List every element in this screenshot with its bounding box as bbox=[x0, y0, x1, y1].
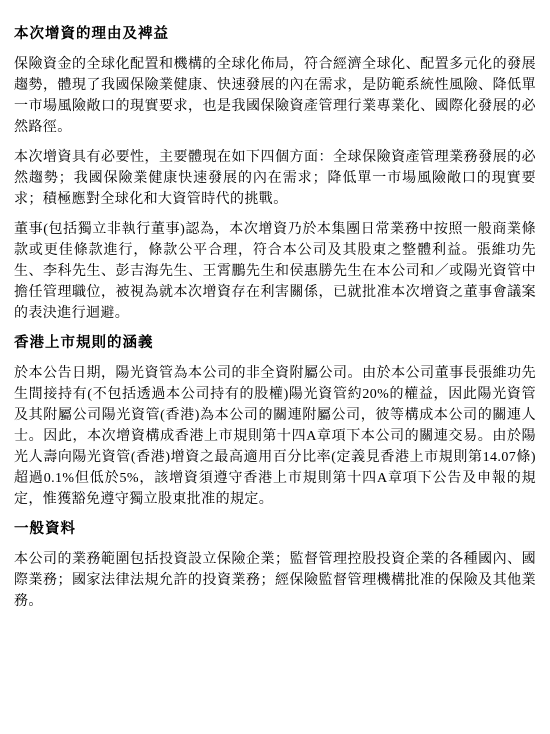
paragraph-connected-transaction: 於本公告日期，陽光資管為本公司的非全資附屬公司。由於本公司董事長張維功先生間接持… bbox=[14, 363, 536, 510]
paragraph-global-allocation: 保險資金的全球化配置和機構的全球化佈局，符合經濟全球化、配置多元化的發展趨勢，體… bbox=[14, 54, 536, 138]
section-heading-listing-rules-implications: 香港上市規則的涵義 bbox=[14, 333, 536, 354]
section-heading-reasons-and-benefits: 本次增資的理由及裨益 bbox=[14, 24, 536, 45]
section-reasons-and-benefits: 本次增資的理由及裨益 保險資金的全球化配置和機構的全球化佈局，符合經濟全球化、配… bbox=[14, 24, 536, 324]
section-listing-rules-implications: 香港上市規則的涵義 於本公告日期，陽光資管為本公司的非全資附屬公司。由於本公司董… bbox=[14, 333, 536, 510]
paragraph-necessity-four-aspects: 本次增資具有必要性，主要體現在如下四個方面：全球保險資產管理業務發展的必然趨勢；… bbox=[14, 147, 536, 210]
section-heading-general-information: 一般資料 bbox=[14, 519, 536, 540]
paragraph-business-scope: 本公司的業務範圍包括投資設立保險企業；監督管理控股投資企業的各種國內、國際業務；… bbox=[14, 549, 536, 612]
document-page: 本次增資的理由及裨益 保險資金的全球化配置和機構的全球化佈局，符合經濟全球化、配… bbox=[0, 0, 550, 734]
section-general-information: 一般資料 本公司的業務範圍包括投資設立保險企業；監督管理控股投資企業的各種國內、… bbox=[14, 519, 536, 612]
paragraph-directors-opinion: 董事(包括獨立非執行董事)認為，本次增資乃於本集團日常業務中按照一般商業條款或更… bbox=[14, 219, 536, 324]
